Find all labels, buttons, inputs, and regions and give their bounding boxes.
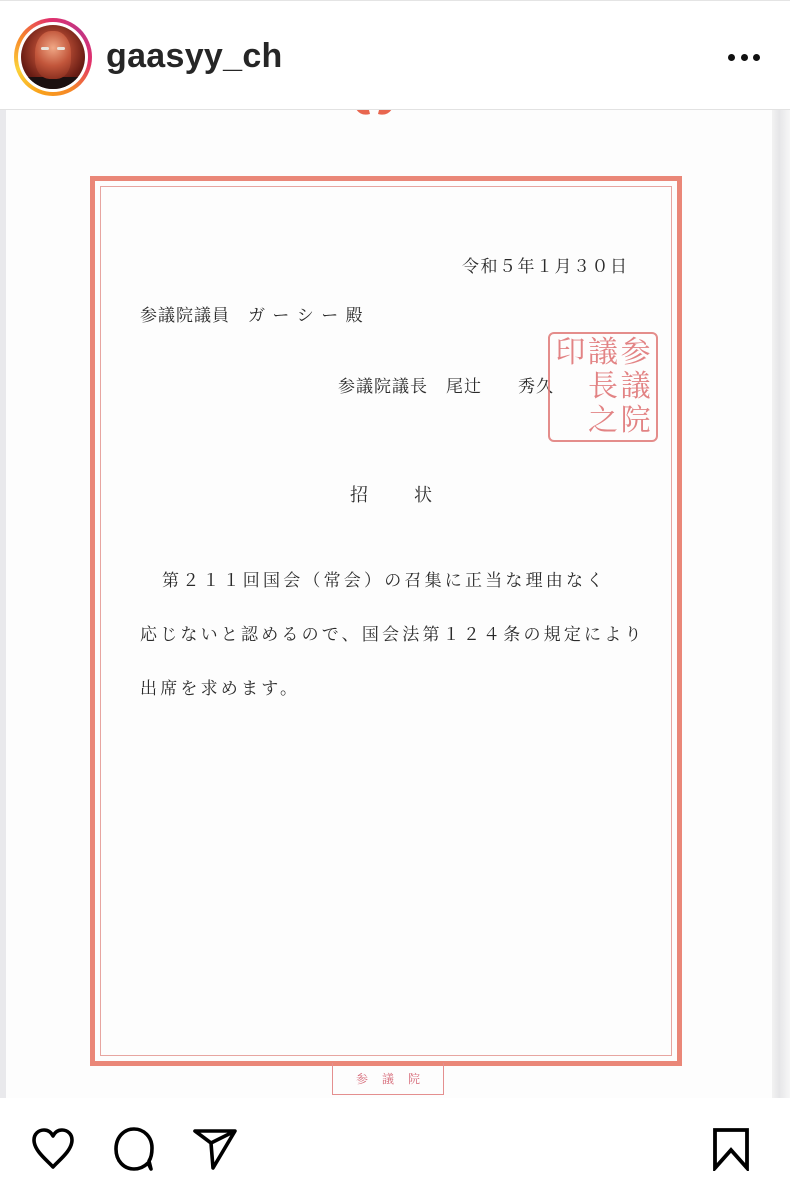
- more-horizontal-icon: [728, 54, 735, 61]
- send-icon: [192, 1127, 238, 1171]
- document-footer-label: 参議院: [332, 1063, 444, 1095]
- avatar-photo: [21, 25, 85, 89]
- emblem-icon: [348, 110, 400, 120]
- document-date: 令和５年１月３０日: [462, 252, 629, 277]
- body-line: 応じないと認めるので、国会法第１２４条の規定により: [140, 608, 645, 662]
- official-seal: 参 議 院 議 長 之 印: [548, 332, 658, 442]
- document-title: 招状: [350, 481, 432, 507]
- like-button[interactable]: [28, 1124, 78, 1174]
- share-button[interactable]: [190, 1124, 240, 1174]
- comment-button[interactable]: [110, 1124, 160, 1174]
- save-button[interactable]: [706, 1124, 756, 1174]
- comment-icon: [112, 1126, 158, 1172]
- body-line: 第２１１回国会（常会）の召集に正当な理由なく: [140, 554, 645, 608]
- username-link[interactable]: gaasyy_ch: [106, 37, 283, 76]
- more-options-button[interactable]: [722, 47, 766, 67]
- document-sender: 参議院議長 尾辻 秀久: [338, 372, 554, 397]
- post-actions: [0, 1098, 790, 1200]
- body-line: 出席を求めます。: [140, 662, 645, 716]
- heart-icon: [30, 1127, 76, 1171]
- avatar[interactable]: [14, 18, 92, 96]
- document-addressee: 参議院議員 ガ ー シ ー 殿: [140, 301, 364, 326]
- post-header: gaasyy_ch: [0, 0, 790, 110]
- post-image[interactable]: 令和５年１月３０日 参議院議員 ガ ー シ ー 殿 参議院議長 尾辻 秀久 参 …: [0, 110, 790, 1098]
- bookmark-icon: [711, 1127, 751, 1171]
- document-body: 第２１１回国会（常会）の召集に正当な理由なく 応じないと認めるので、国会法第１２…: [140, 554, 645, 716]
